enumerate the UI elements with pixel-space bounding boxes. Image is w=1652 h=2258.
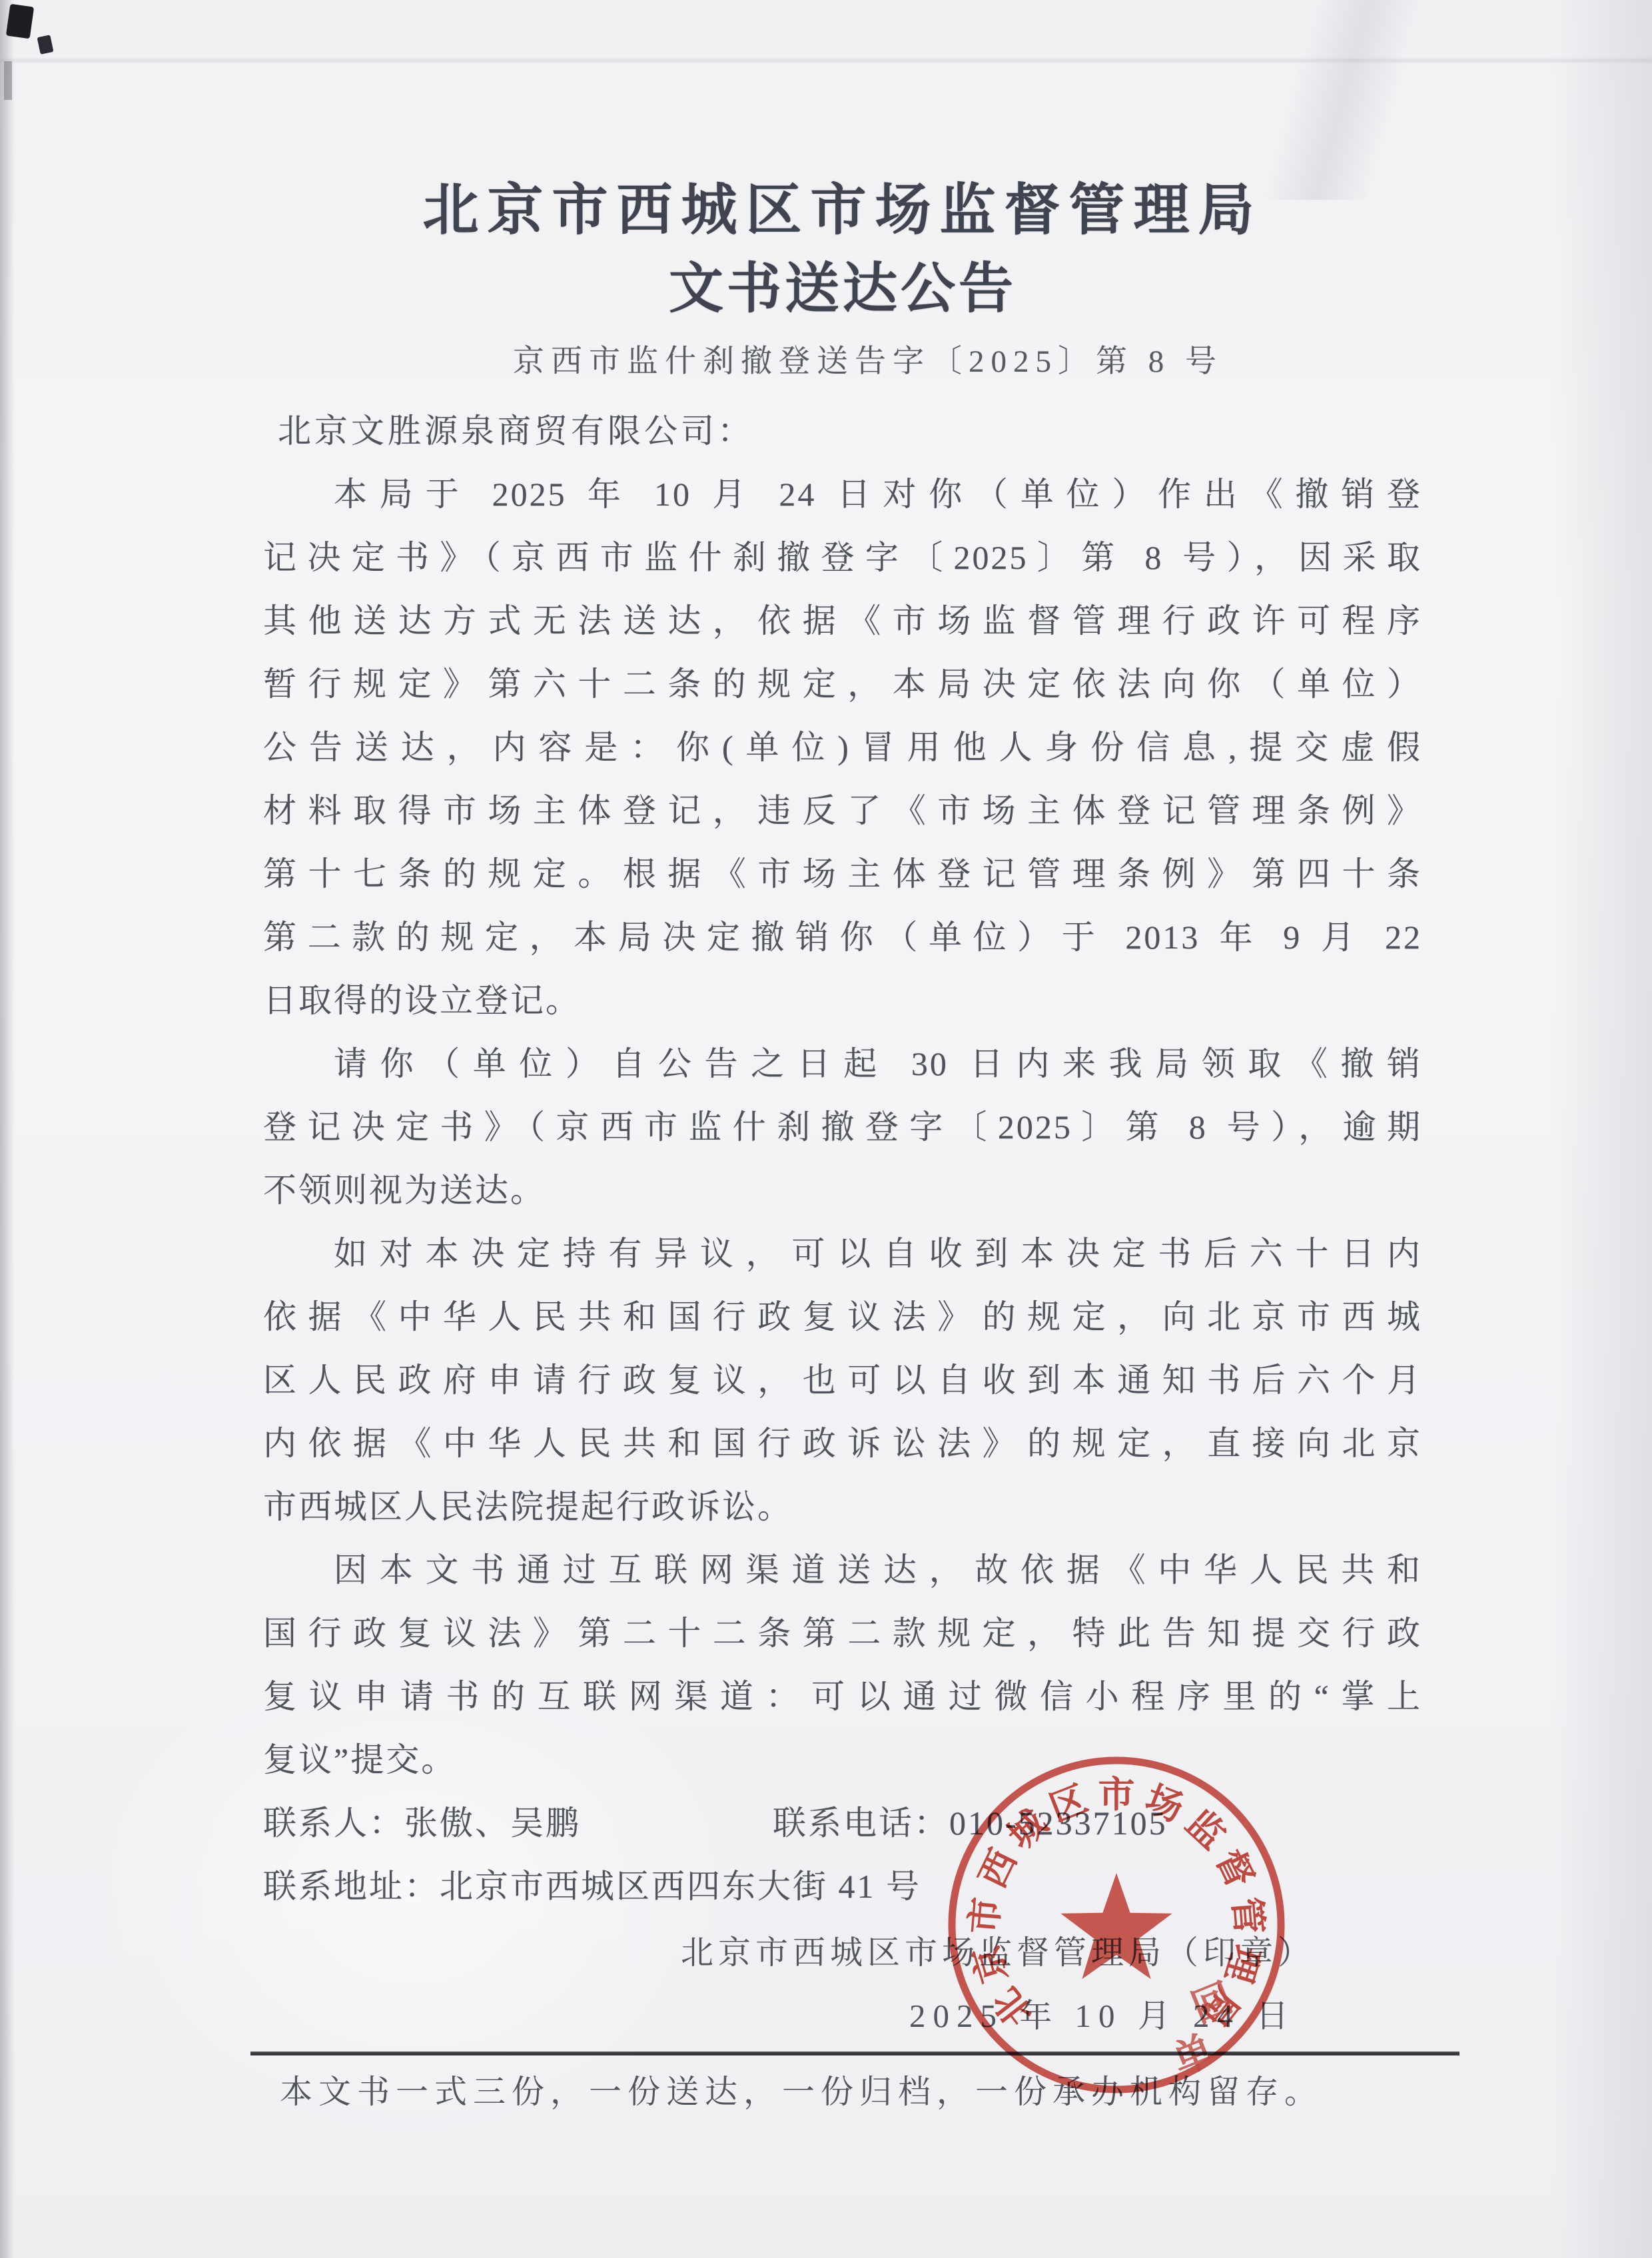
scan-speck [4,61,12,100]
svg-text:北: 北 [985,1980,1040,2035]
body-line: 区人民政府申请行政复议，也可以自收到本通知书后六个月 [263,1349,1422,1412]
svg-text:理: 理 [1218,1941,1268,1988]
body-line: 市西城区人民法院提起行政诉讼。 [263,1475,1422,1539]
body-line: 复议申请书的互联网渠道：可以通过微信小程序里的“掌上 [263,1665,1422,1728]
body-line: 第二款的规定，本局决定撤销你（单位）于 2013 年 9 月 22 [263,906,1422,969]
svg-text:区: 区 [1044,1778,1093,1830]
body-line: 暂行规定》第六十二条的规定，本局决定依法向你（单位） [263,653,1422,716]
svg-text:管: 管 [1226,1896,1270,1936]
addressee-line: 北京文胜源泉商贸有限公司： [263,400,1422,463]
body-line: 因本文书通过互联网渠道送达，故依据《中华人民共和 [263,1539,1422,1602]
svg-text:市: 市 [1098,1774,1134,1815]
body-line: 登记决定书》（京西市监什刹撤登字〔2025〕第 8 号），逾期 [263,1096,1422,1159]
body-line: 日取得的设立登记。 [263,969,1422,1032]
svg-text:督: 督 [1208,1843,1262,1894]
scan-speck [37,35,54,55]
body-line: 记决定书》（京西市监什刹撤登字〔2025〕第 8 号），因采取 [263,526,1422,589]
body-line: 公告送达，内容是：你(单位)冒用他人身份信息,提交虚假 [263,716,1422,779]
svg-text:市: 市 [963,1896,1007,1936]
body-line: 内依据《中华人民共和国行政诉讼法》的规定，直接向北京 [263,1412,1422,1475]
document-number: 京西市监什刹撤登送告字〔2025〕第 8 号 [288,336,1447,381]
svg-text:京: 京 [965,1941,1015,1988]
body-line: 第十七条的规定。根据《市场主体登记管理条例》第四十条 [263,843,1422,906]
document-body: 北京文胜源泉商贸有限公司： 本局于 2025 年 10 月 24 日对你（单位）… [263,400,1422,1918]
seal-star-icon [1060,1873,1172,1979]
body-line: 其他送达方式无法送达，依据《市场监督管理行政许可程序 [263,589,1422,653]
body-line: 请你（单位）自公告之日起 30 日内来我局领取《撤销 [263,1032,1422,1096]
body-line: 不领则视为送达。 [263,1159,1422,1222]
svg-text:监: 监 [1178,1802,1233,1857]
body-line: 如对本决定持有异议，可以自收到本决定书后六十日内 [263,1222,1422,1286]
document-page: 北京市西城区市场监督管理局 文书送达公告 京西市监什刹撤登送告字〔2025〕第 … [0,0,1652,2258]
scan-edge-shadow-right [1552,0,1652,2258]
body-line: 本局于 2025 年 10 月 24 日对你（单位）作出《撤销登 [263,463,1422,526]
scan-edge-shadow-left [0,0,15,2258]
body-line: 依据《中华人民共和国行政复议法》的规定，向北京市西城 [263,1286,1422,1349]
seal-graphic: 北京市西城区市场监督管理局 [943,1752,1290,2098]
contact-person: 联系人：张傲、吴鹏 [263,1804,581,1842]
svg-text:城: 城 [1000,1802,1054,1857]
body-line: 材料取得市场主体登记，违反了《市场主体登记管理条例》 [263,779,1422,843]
body-line: 国行政复议法》第二十二条第二款规定，特此告知提交行政 [263,1602,1422,1665]
svg-text:场: 场 [1140,1778,1189,1830]
official-seal: 北京市西城区市场监督管理局 回单 [943,1752,1290,2098]
scan-speck [6,4,34,39]
svg-text:西: 西 [971,1843,1025,1894]
agency-title: 北京市西城区市场监督管理局 [263,165,1422,246]
document-title: 文书送达公告 [263,245,1422,323]
